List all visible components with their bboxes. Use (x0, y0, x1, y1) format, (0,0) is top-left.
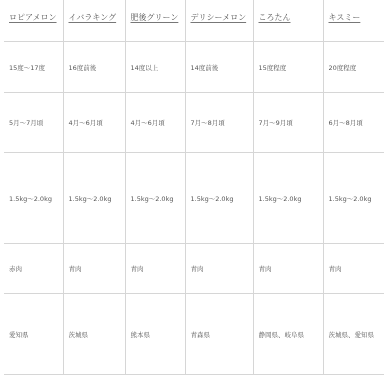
table-row-origin: 愛知県 茨城県 熊本県 青森県 静岡県、岐阜県 茨城県、愛知県 (4, 294, 384, 375)
table-cell: 茨城県、愛知県 (323, 294, 384, 375)
header-row: ロピアメロン イバラキング 肥後グリーン デリシーメロン ころたん キスミー (4, 0, 384, 42)
table-cell: 1.5kg〜2.0kg (323, 153, 384, 244)
header-cell[interactable]: デリシーメロン (185, 0, 253, 42)
table-cell: 5月〜7月頃 (4, 93, 63, 153)
table-cell: 1.5kg〜2.0kg (4, 153, 63, 244)
table-cell: 1.5kg〜2.0kg (63, 153, 125, 244)
table-cell: 1.5kg〜2.0kg (125, 153, 185, 244)
table-row-flesh-type: 赤肉 青肉 青肉 青肉 青肉 青肉 (4, 244, 384, 294)
header-link-ropia-melon[interactable]: ロピアメロン (9, 13, 57, 22)
table-cell: 14度前後 (185, 42, 253, 93)
header-cell[interactable]: ころたん (253, 0, 323, 42)
table-cell: 愛知県 (4, 294, 63, 375)
table-cell: 4月〜6月頃 (125, 93, 185, 153)
table-cell: 16度前後 (63, 42, 125, 93)
header-cell[interactable]: ロピアメロン (4, 0, 63, 42)
table-cell: 4月〜6月頃 (63, 93, 125, 153)
table-cell: 20度程度 (323, 42, 384, 93)
melon-comparison-table-container: ロピアメロン イバラキング 肥後グリーン デリシーメロン ころたん キスミー 1… (4, 0, 384, 375)
header-link-higo-green[interactable]: 肥後グリーン (131, 13, 179, 22)
table-row-season: 5月〜7月頃 4月〜6月頃 4月〜6月頃 7月〜8月頃 7月〜9月頃 6月〜8月… (4, 93, 384, 153)
table-cell: 静岡県、岐阜県 (253, 294, 323, 375)
header-cell[interactable]: キスミー (323, 0, 384, 42)
table-cell: 7月〜8月頃 (185, 93, 253, 153)
header-link-kissme[interactable]: キスミー (329, 13, 361, 22)
table-cell: 熊本県 (125, 294, 185, 375)
table-cell: 1.5kg〜2.0kg (185, 153, 253, 244)
header-link-delicy-melon[interactable]: デリシーメロン (191, 13, 247, 22)
table-cell: 青肉 (63, 244, 125, 294)
table-cell: 7月〜9月頃 (253, 93, 323, 153)
table-cell: 青肉 (323, 244, 384, 294)
table-cell: 14度以上 (125, 42, 185, 93)
table-cell: 青森県 (185, 294, 253, 375)
table-cell: 茨城県 (63, 294, 125, 375)
table-cell: 青肉 (125, 244, 185, 294)
table-cell: 15度〜17度 (4, 42, 63, 93)
table-cell: 青肉 (253, 244, 323, 294)
header-link-ibaraking[interactable]: イバラキング (69, 13, 117, 22)
header-cell[interactable]: イバラキング (63, 0, 125, 42)
table-row-weight: 1.5kg〜2.0kg 1.5kg〜2.0kg 1.5kg〜2.0kg 1.5k… (4, 153, 384, 244)
table-cell: 青肉 (185, 244, 253, 294)
table-cell: 赤肉 (4, 244, 63, 294)
table-cell: 15度程度 (253, 42, 323, 93)
table-cell: 1.5kg〜2.0kg (253, 153, 323, 244)
header-cell[interactable]: 肥後グリーン (125, 0, 185, 42)
table-row-sugar-content: 15度〜17度 16度前後 14度以上 14度前後 15度程度 20度程度 (4, 42, 384, 93)
melon-comparison-table: ロピアメロン イバラキング 肥後グリーン デリシーメロン ころたん キスミー 1… (4, 0, 384, 375)
header-link-korotan[interactable]: ころたん (259, 13, 291, 22)
table-cell: 6月〜8月頃 (323, 93, 384, 153)
